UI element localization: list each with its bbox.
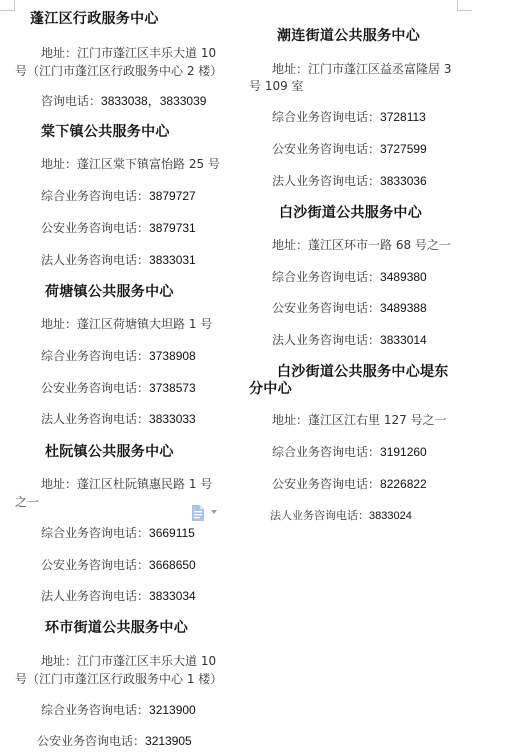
address-line: 之一 <box>15 493 39 510</box>
phone-line: 综合业务咨询电话：3738908 <box>41 347 196 364</box>
phone-line: 公安业务咨询电话：3727599 <box>272 140 427 157</box>
phone-label: 法人业务咨询电话： <box>41 412 149 426</box>
phone-line: 公安业务咨询电话：8226822 <box>272 475 427 492</box>
phone-line: 综合业务咨询电话：3191260 <box>272 443 427 460</box>
phone-value: 3833038，3833039 <box>101 94 206 108</box>
phone-label: 综合业务咨询电话： <box>272 445 380 459</box>
phone-label: 公安业务咨询电话： <box>272 477 380 491</box>
phone-label: 综合业务咨询电话： <box>41 526 149 540</box>
phone-value: 3669115 <box>149 526 195 540</box>
phone-label: 公安业务咨询电话： <box>37 734 145 748</box>
phone-label: 综合业务咨询电话： <box>41 703 149 717</box>
phone-label: 综合业务咨询电话： <box>272 110 380 124</box>
phone-label: 法人业务咨询电话： <box>270 509 369 522</box>
phone-label: 公安业务咨询电话： <box>41 558 149 572</box>
phone-value: 3489388 <box>380 301 427 315</box>
phone-line: 公安业务咨询电话：3489388 <box>272 299 427 316</box>
phone-label: 咨询电话： <box>41 94 101 108</box>
phone-value: 3213900 <box>149 703 196 717</box>
phone-value: 3668650 <box>149 558 196 572</box>
phone-line: 综合业务咨询电话：3879727 <box>41 187 196 204</box>
address-line: 号 109 室 <box>249 77 304 94</box>
phone-line: 咨询电话：3833038，3833039 <box>41 92 206 109</box>
address-line: 号（江门市蓬江区行政服务中心 2 楼） <box>15 62 222 79</box>
phone-line: 综合业务咨询电话：3728113 <box>272 108 426 125</box>
clipboard-paste-icon <box>191 505 205 521</box>
section-title: 白沙街道公共服务中心 <box>279 202 422 222</box>
section-title: 潮连街道公共服务中心 <box>277 25 420 45</box>
section-title: 棠下镇公共服务中心 <box>41 121 170 141</box>
address-line: 地址：江门市蓬江区丰乐大道 10 <box>41 44 216 61</box>
phone-label: 综合业务咨询电话： <box>41 189 149 203</box>
phone-label: 公安业务咨询电话： <box>272 301 380 315</box>
phone-line: 法人业务咨询电话：3833036 <box>272 172 427 189</box>
phone-value: 3879727 <box>149 189 196 203</box>
phone-label: 公安业务咨询电话： <box>41 381 149 395</box>
phone-label: 综合业务咨询电话： <box>41 349 149 363</box>
phone-label: 法人业务咨询电话： <box>41 253 149 267</box>
paste-options-button[interactable] <box>191 505 205 521</box>
phone-line: 法人业务咨询电话：3833034 <box>41 587 196 604</box>
section-title: 杜阮镇公共服务中心 <box>45 441 174 461</box>
phone-line: 综合业务咨询电话：3489380 <box>272 268 427 285</box>
phone-value: 3213905 <box>145 734 192 748</box>
address-line: 地址：江门市蓬江区益丞富隆居 3 <box>272 60 451 77</box>
phone-line: 公安业务咨询电话：3738573 <box>41 379 196 396</box>
phone-line: 法人业务咨询电话：3833014 <box>272 331 427 348</box>
phone-value: 3728113 <box>380 110 426 124</box>
page-crop-mark-top-left <box>0 0 15 11</box>
phone-label: 法人业务咨询电话： <box>272 333 380 347</box>
phone-value: 3833024 <box>369 510 412 522</box>
section-title: 环市街道公共服务中心 <box>45 617 188 637</box>
phone-value: 3833033 <box>149 412 196 426</box>
phone-line: 法人业务咨询电话：3833024 <box>270 507 412 523</box>
phone-label: 公安业务咨询电话： <box>41 221 149 235</box>
phone-label: 法人业务咨询电话： <box>41 589 149 603</box>
address-line: 地址：蓬江区杜阮镇惠民路 1 号 <box>41 475 212 492</box>
phone-value: 3738908 <box>149 349 196 363</box>
phone-label: 综合业务咨询电话： <box>272 270 380 284</box>
phone-value: 3833034 <box>149 589 196 603</box>
phone-line: 公安业务咨询电话：3879731 <box>41 219 196 236</box>
page-crop-mark-top-right <box>457 0 472 11</box>
address-line: 地址：蓬江区棠下镇富怡路 25 号 <box>41 155 220 172</box>
address-line: 地址：蓬江区环市一路 68 号之一 <box>272 236 451 253</box>
section-title: 蓬江区行政服务中心 <box>30 8 159 28</box>
phone-line: 法人业务咨询电话：3833033 <box>41 410 196 427</box>
section-title: 荷塘镇公共服务中心 <box>45 281 174 301</box>
phone-value: 3727599 <box>380 142 427 156</box>
phone-line: 综合业务咨询电话：3669115 <box>41 524 195 541</box>
phone-value: 3738573 <box>149 381 196 395</box>
chevron-down-icon[interactable] <box>211 510 217 514</box>
phone-value: 3833014 <box>380 333 427 347</box>
phone-value: 3833031 <box>149 253 196 267</box>
phone-value: 3191260 <box>380 445 427 459</box>
phone-line: 综合业务咨询电话：3213900 <box>41 701 196 718</box>
section-title-continued: 分中心 <box>249 378 292 398</box>
phone-line: 公安业务咨询电话：3668650 <box>41 556 196 573</box>
phone-line: 公安业务咨询电话：3213905 <box>37 732 192 749</box>
phone-value: 8226822 <box>380 477 427 491</box>
phone-value: 3879731 <box>149 221 196 235</box>
phone-line: 法人业务咨询电话：3833031 <box>41 251 196 268</box>
phone-label: 法人业务咨询电话： <box>272 174 380 188</box>
phone-label: 公安业务咨询电话： <box>272 142 380 156</box>
address-line: 地址：蓬江区荷塘镇大坦路 1 号 <box>41 315 212 332</box>
section-title: 白沙街道公共服务中心堤东 <box>277 361 449 381</box>
address-line: 地址：江门市蓬江区丰乐大道 10 <box>41 652 216 669</box>
address-line: 地址：蓬江区江右里 127 号之一 <box>272 411 447 428</box>
phone-value: 3833036 <box>380 174 427 188</box>
phone-value: 3489380 <box>380 270 427 284</box>
address-line: 号（江门市蓬江区行政服务中心 1 楼） <box>15 670 222 687</box>
